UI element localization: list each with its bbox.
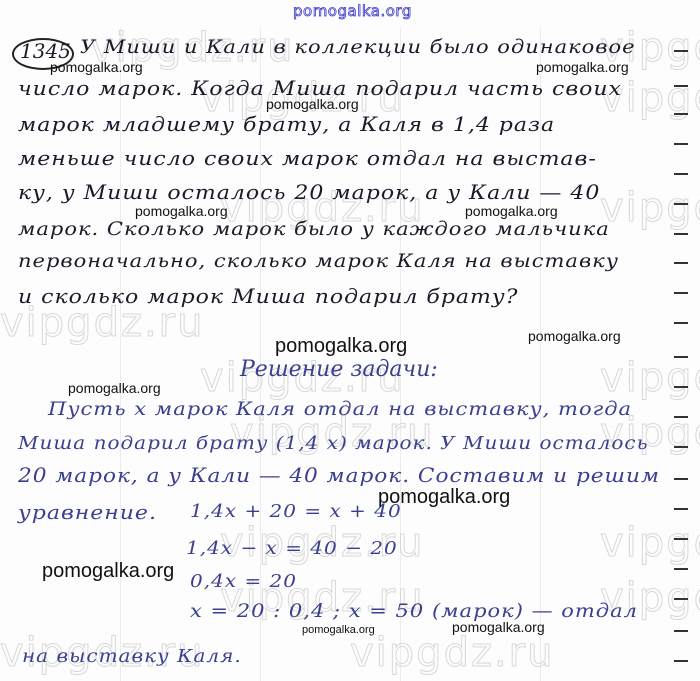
equation: 1,4x − x = 40 − 20 (186, 537, 398, 559)
margin-dash (674, 262, 688, 264)
margin-dash (674, 233, 688, 235)
pomogalka-watermark: pomogalka.org (68, 380, 161, 396)
equation: 0,4x = 20 (190, 570, 297, 592)
pomogalka-watermark: pomogalka.org (528, 328, 621, 344)
margin-dash (674, 322, 688, 324)
margin-dash (674, 50, 688, 52)
margin-dash (674, 446, 688, 448)
solution-line: 20 марок, а у Кали — 40 марок. Составим … (18, 465, 660, 488)
vipgdz-watermark: vipgdz.ru (600, 520, 700, 566)
solution-line: Миша подарил брату (1,4 x) марок. У Миши… (18, 432, 649, 454)
pomogalka-watermark: pomogalka.org (465, 203, 558, 219)
margin-dash (674, 508, 688, 510)
pomogalka-watermark: pomogalka.org (266, 96, 359, 112)
homework-page: vipgdz.ru vipgdz.ru vipgdz.ru vipgdz.ru … (0, 0, 700, 681)
vipgdz-watermark: vipgdz.ru (350, 630, 554, 676)
solution-final-line: на выставку Каля. (22, 645, 242, 667)
margin-dash (674, 538, 688, 540)
pomogalka-watermark: pomogalka.org (378, 486, 510, 509)
margin-dash (674, 568, 688, 570)
pomogalka-watermark: pomogalka.org (135, 203, 228, 219)
margin-dash (674, 85, 688, 87)
pomogalka-watermark: pomogalka.org (275, 335, 407, 358)
equation: 1,4x + 20 = x + 40 (190, 500, 402, 522)
vipgdz-watermark: vipgdz.ru (600, 185, 700, 231)
margin-dash (674, 292, 688, 294)
equation: x = 20 : 0,4 ; x = 50 (марок) — отдал (190, 600, 638, 622)
solution-line: Пусть x марок Каля отдал на выставку, то… (48, 398, 632, 420)
problem-line: первоначально, сколько марок Каля на выс… (18, 250, 619, 272)
solution-heading: Решение задачи: (240, 357, 438, 382)
margin-dash (674, 356, 688, 358)
margin-dash (674, 173, 688, 175)
margin-dash (674, 660, 688, 662)
pomogalka-watermark: pomogalka.org (42, 560, 174, 583)
margin-dash (674, 630, 688, 632)
margin-dash (674, 478, 688, 480)
margin-dash (674, 416, 688, 418)
problem-line: марок младшему брату, а Каля в 1,4 раза (18, 114, 555, 137)
problem-line: меньше число своих марок отдал на выстав… (18, 148, 597, 171)
top-watermark: pomogalka.org (293, 2, 412, 20)
problem-line: и сколько марок Миша подарил брату? (18, 286, 518, 309)
problem-line: марок. Сколько марок было у каждого маль… (18, 218, 610, 240)
solution-line: уравнение. (18, 502, 157, 525)
vipgdz-watermark: vipgdz.ru (600, 355, 700, 401)
margin-dash (674, 143, 688, 145)
margin-dash (674, 598, 688, 600)
problem-line: ку, у Миши осталось 20 марок, а у Кали —… (18, 182, 600, 205)
margin-dash (674, 113, 688, 115)
pomogalka-watermark: pomogalka.org (50, 59, 143, 75)
margin-dash (674, 386, 688, 388)
pomogalka-watermark: pomogalka.org (452, 619, 545, 635)
margin-dash (674, 203, 688, 205)
pomogalka-watermark: pomogalka.org (536, 59, 629, 75)
pomogalka-watermark: pomogalka.org (302, 624, 375, 636)
problem-line: У Миши и Кали в коллекции было одинаково… (80, 36, 636, 58)
